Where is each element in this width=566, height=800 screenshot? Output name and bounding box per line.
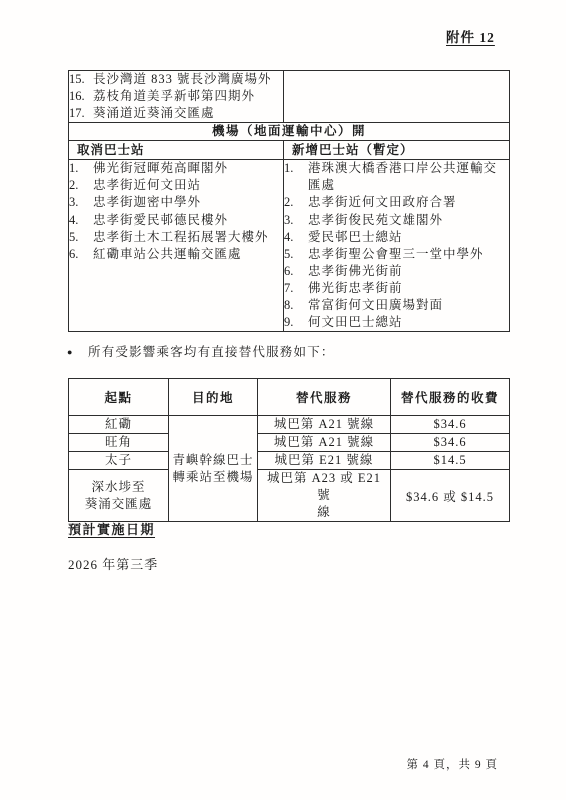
item-text: 忠孝街佛光街前	[308, 263, 509, 280]
item-text: 何文田巴士總站	[308, 314, 509, 331]
stop-list-item: 17.葵涌道近葵涌交匯處	[69, 105, 283, 122]
carried-over-row: 15.長沙灣道 833 號長沙灣廣場外 16.荔枝角道美孚新邨第四期外 17.葵…	[69, 71, 510, 123]
fare-cell: $34.6	[391, 434, 510, 452]
fare-header: 替代服務的收費	[391, 379, 510, 416]
service-cell: 城巴第 A21 號線	[258, 434, 391, 452]
item-number: 1.	[69, 160, 93, 177]
service-cell: 城巴第 A23 或 E21 號 線	[258, 470, 391, 522]
origin-header: 起點	[69, 379, 169, 416]
stop-list-item: 1.港珠澳大橋香港口岸公共運輸交匯處	[284, 160, 509, 194]
item-number: 5.	[284, 246, 308, 263]
section-title: 機場（地面運輸中心）開	[69, 123, 510, 141]
item-text: 忠孝街近何文田站	[93, 177, 283, 194]
origin-cell: 太子	[69, 452, 169, 470]
bus-stops-table: 15.長沙灣道 833 號長沙灣廣場外 16.荔枝角道美孚新邨第四期外 17.葵…	[68, 70, 510, 332]
column-header-row: 取消巴士站 新增巴士站（暫定）	[69, 141, 510, 160]
item-text: 忠孝街近何文田政府合署	[308, 194, 509, 211]
item-number: 3.	[69, 194, 93, 211]
stop-list-item: 3.忠孝街俊民苑文雄閣外	[284, 212, 509, 229]
item-number: 1.	[284, 160, 308, 194]
table-row: 深水埗至 葵涌交匯處 城巴第 A23 或 E21 號 線 $34.6 或 $14…	[69, 470, 510, 522]
fare-cell: $34.6 或 $14.5	[391, 470, 510, 522]
carried-over-stops-cell: 15.長沙灣道 833 號長沙灣廣場外 16.荔枝角道美孚新邨第四期外 17.葵…	[69, 71, 284, 123]
stop-list-item: 8.常富街何文田廣場對面	[284, 297, 509, 314]
note-text: 所有受影響乘客均有直接替代服務如下：	[88, 344, 335, 361]
item-number: 6.	[69, 246, 93, 263]
service-cell: 城巴第 E21 號線	[258, 452, 391, 470]
alternative-services-table: 起點 目的地 替代服務 替代服務的收費 紅磡 青嶼幹線巴士 轉乘站至機場 城巴第…	[68, 378, 510, 522]
item-text: 忠孝街愛民邨德民樓外	[93, 212, 283, 229]
document-page: 附件 12 15.長沙灣道 833 號長沙灣廣場外 16.荔枝角道美孚新邨第四期…	[0, 0, 566, 800]
item-number: 2.	[284, 194, 308, 211]
item-number: 15.	[69, 71, 93, 88]
stop-list-item: 15.長沙灣道 833 號長沙灣廣場外	[69, 71, 283, 88]
item-text: 葵涌道近葵涌交匯處	[93, 105, 283, 122]
destination-cell: 青嶼幹線巴士 轉乘站至機場	[169, 416, 258, 522]
item-text: 忠孝街聖公會聖三一堂中學外	[308, 246, 509, 263]
page-number: 第 4 頁，共 9 頁	[0, 756, 498, 772]
stop-list-item: 16.荔枝角道美孚新邨第四期外	[69, 88, 283, 105]
item-text: 忠孝街迦密中學外	[93, 194, 283, 211]
item-number: 17.	[69, 105, 93, 122]
note-line: ● 所有受影響乘客均有直接替代服務如下：	[67, 344, 335, 361]
item-number: 4.	[69, 212, 93, 229]
fare-cell: $34.6	[391, 416, 510, 434]
new-stops-header: 新增巴士站（暫定）	[284, 141, 510, 160]
stop-list-item: 5.忠孝街土木工程拓展署大樓外	[69, 229, 283, 246]
item-number: 2.	[69, 177, 93, 194]
fare-cell: $14.5	[391, 452, 510, 470]
item-text: 佛光街忠孝街前	[308, 280, 509, 297]
stop-list-item: 5.忠孝街聖公會聖三一堂中學外	[284, 246, 509, 263]
cancelled-stops-header: 取消巴士站	[69, 141, 284, 160]
table-row: 旺角 城巴第 A21 號線 $34.6	[69, 434, 510, 452]
empty-cell	[284, 71, 510, 123]
stop-list-item: 9.何文田巴士總站	[284, 314, 509, 331]
item-number: 4.	[284, 229, 308, 246]
implementation-date-value: 2026 年第三季	[68, 554, 158, 573]
stop-list-item: 1.佛光街冠暉苑高暉閣外	[69, 160, 283, 177]
service-cell: 城巴第 A21 號線	[258, 416, 391, 434]
item-text: 紅磡車站公共運輸交匯處	[93, 246, 283, 263]
annex-label: 附件 12	[446, 26, 495, 46]
stop-list-item: 2.忠孝街近何文田政府合署	[284, 194, 509, 211]
item-number: 6.	[284, 263, 308, 280]
stop-list-item: 4.愛民邨巴士總站	[284, 229, 509, 246]
bullet-icon: ●	[67, 344, 88, 361]
cancelled-stops-cell: 1.佛光街冠暉苑高暉閣外 2.忠孝街近何文田站 3.忠孝街迦密中學外 4.忠孝街…	[69, 160, 284, 332]
destination-header: 目的地	[169, 379, 258, 416]
item-text: 忠孝街俊民苑文雄閣外	[308, 212, 509, 229]
item-text: 港珠澳大橋香港口岸公共運輸交匯處	[308, 160, 509, 194]
item-number: 16.	[69, 88, 93, 105]
item-number: 8.	[284, 297, 308, 314]
stop-list-item: 3.忠孝街迦密中學外	[69, 194, 283, 211]
item-number: 5.	[69, 229, 93, 246]
item-text: 荔枝角道美孚新邨第四期外	[93, 88, 283, 105]
item-text: 長沙灣道 833 號長沙灣廣場外	[93, 71, 283, 88]
item-text: 佛光街冠暉苑高暉閣外	[93, 160, 283, 177]
table-row: 太子 城巴第 E21 號線 $14.5	[69, 452, 510, 470]
section-title-row: 機場（地面運輸中心）開	[69, 123, 510, 141]
item-number: 3.	[284, 212, 308, 229]
item-text: 常富街何文田廣場對面	[308, 297, 509, 314]
item-number: 9.	[284, 314, 308, 331]
stop-list-item: 6.忠孝街佛光街前	[284, 263, 509, 280]
stop-list-item: 7.佛光街忠孝街前	[284, 280, 509, 297]
alt-table-header-row: 起點 目的地 替代服務 替代服務的收費	[69, 379, 510, 416]
origin-cell: 旺角	[69, 434, 169, 452]
origin-cell: 深水埗至 葵涌交匯處	[69, 470, 169, 522]
service-header: 替代服務	[258, 379, 391, 416]
item-text: 忠孝街土木工程拓展署大樓外	[93, 229, 283, 246]
stops-list-row: 1.佛光街冠暉苑高暉閣外 2.忠孝街近何文田站 3.忠孝街迦密中學外 4.忠孝街…	[69, 160, 510, 332]
stop-list-item: 6.紅磡車站公共運輸交匯處	[69, 246, 283, 263]
origin-cell: 紅磡	[69, 416, 169, 434]
table-row: 紅磡 青嶼幹線巴士 轉乘站至機場 城巴第 A21 號線 $34.6	[69, 416, 510, 434]
item-text: 愛民邨巴士總站	[308, 229, 509, 246]
stop-list-item: 4.忠孝街愛民邨德民樓外	[69, 212, 283, 229]
stop-list-item: 2.忠孝街近何文田站	[69, 177, 283, 194]
new-stops-cell: 1.港珠澳大橋香港口岸公共運輸交匯處 2.忠孝街近何文田政府合署 3.忠孝街俊民…	[284, 160, 510, 332]
implementation-date-heading: 預計實施日期	[68, 519, 155, 538]
item-number: 7.	[284, 280, 308, 297]
